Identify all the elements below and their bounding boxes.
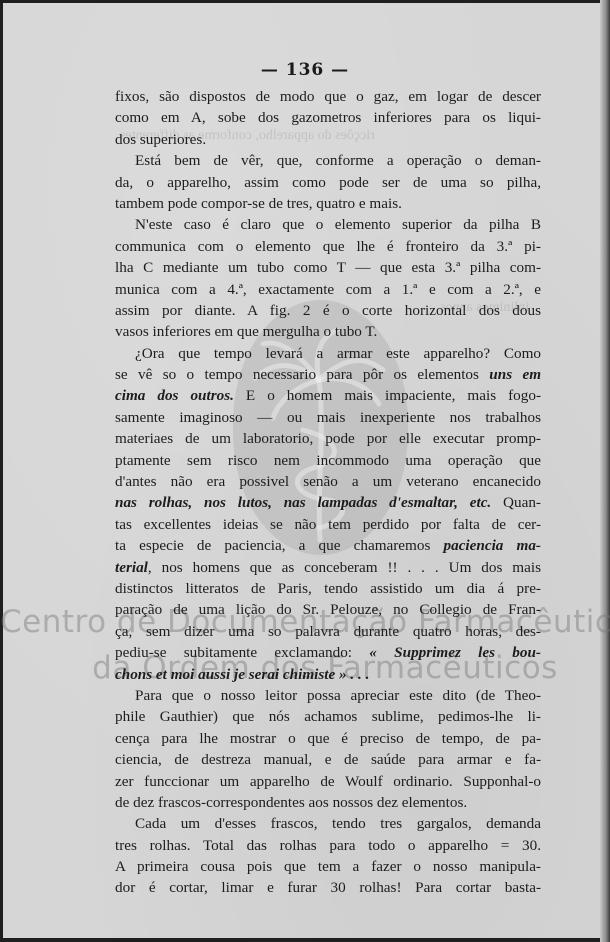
text-line: terial, nos homens que as conceberam !! … [115,557,541,578]
text-line: materiaes de um laboratorio, pode por el… [115,428,541,449]
page-number: — 136 — [0,60,610,80]
body-text: fixos, são dispostos de modo que o gaz, … [115,86,541,899]
page-edge-shadow [600,0,610,942]
text-line: Para que o nosso leitor possa apreciar e… [115,685,541,706]
text-segment: Quan- [491,494,541,511]
text-line: da, o apparelho, assim como pode ser de … [115,172,541,193]
italic-segment: terial [115,559,148,576]
text-segment: pediu-se subitamente exclamando: [115,644,369,661]
text-line: ptamente sem risco nem incommodo uma ope… [115,450,541,471]
text-line: zer funccionar um apparelho de Woulf ord… [115,771,541,792]
text-line: munica com a 4.ª, exactamente com a 1.ª … [115,279,541,300]
text-segment: E o homem mais impaciente, mais fogo- [234,387,541,404]
text-line: dos superiores. [115,129,541,150]
text-line: tambem pode compor-se de tres, quatro e … [115,193,541,214]
text-segment: , nos homens que as conceberam !! . . . … [148,559,541,576]
italic-segment: chons et moi aussi je serai chimiste » .… [115,666,369,683]
text-line: pediu-se subitamente exclamando: « Suppr… [115,642,541,663]
text-line: fixos, são dispostos de modo que o gaz, … [115,86,541,107]
text-line: ça, sem dizer uma so palavra durante qua… [115,621,541,642]
text-segment: ta especie de paciencia, a que chamaremo… [115,537,444,554]
text-line: chons et moi aussi je serai chimiste » .… [115,664,541,685]
text-line: ciencia, de destreza manual, e de saúde … [115,749,541,770]
text-line: A primeira cousa pois que tem a fazer o … [115,856,541,877]
text-segment: se vê so o tempo necessario para pôr os … [115,366,479,383]
text-line: nas rolhas, nos lutos, nas lampadas d'es… [115,492,541,513]
text-line: dor é cortar, limar e furar 30 rolhas! P… [115,877,541,898]
text-line: vasos inferiores em que mergulha o tubo … [115,321,541,342]
italic-segment: cima dos outros. [115,387,234,404]
text-line: tres rolhas. Total das rolhas para todo … [115,835,541,856]
text-line: como em A, sobe dos gazometros inferiore… [115,107,541,128]
text-line: cima dos outros. E o homem mais impacien… [115,385,541,406]
italic-segment: uns em [489,366,541,383]
text-line: samente imaginoso — ou mais inexperiente… [115,407,541,428]
text-line: de dez frascos-correspondentes aos nosso… [115,792,541,813]
text-line: communica com o elemento que lhe é front… [115,236,541,257]
text-line: assim por diante. A fig. 2 é o corte hor… [115,300,541,321]
text-line: d'antes não era possivel senão a um vete… [115,471,541,492]
italic-segment: nas rolhas, nos lutos, nas lampadas d'es… [115,494,491,511]
text-line: phile Gauthier) que nós achamos sublime,… [115,706,541,727]
text-line: ¿Ora que tempo levará a armar este appar… [115,343,541,364]
text-line: Está bem de vêr, que, conforme a operaçã… [115,150,541,171]
italic-segment: paciencia ma- [444,537,542,554]
text-line: Cada um d'esses frascos, tendo tres garg… [115,813,541,834]
text-line: tas excellentes ideias se não tem perdid… [115,514,541,535]
text-line: distinctos litteratos de Paris, tendo as… [115,578,541,599]
text-line: ta especie de paciencia, a que chamaremo… [115,535,541,556]
text-line: cença para lhe mostrar o que é preciso d… [115,728,541,749]
text-line: N'este caso é claro que o elemento super… [115,214,541,235]
text-line: se vê so o tempo necessario para pôr os … [115,364,541,385]
text-line: paração de uma lição do Sr. Pelouze, no … [115,599,541,620]
text-line: lha C mediante um tubo como T — que esta… [115,257,541,278]
italic-segment: « Supprimez les bou- [369,644,541,661]
